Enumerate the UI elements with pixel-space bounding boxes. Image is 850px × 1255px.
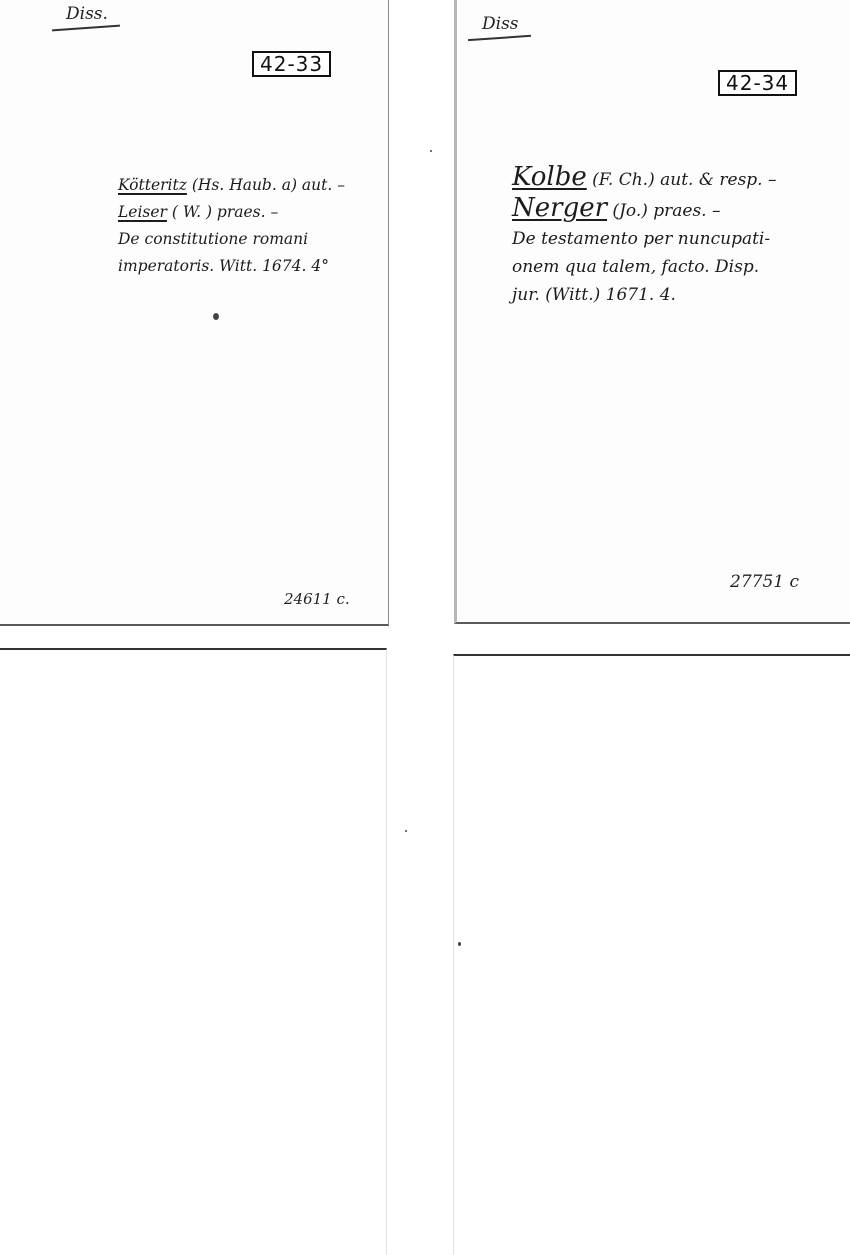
entry-line-title-2: onem qua talem, facto. Disp. [512, 253, 776, 281]
scan-speck [213, 313, 219, 320]
scan-speck [430, 150, 432, 152]
catalog-entry: Kötteritz (Hs. Haub. a) aut. – Leiser ( … [118, 172, 345, 280]
entry-line-praeses: Nerger (Jo.) praes. – [512, 194, 776, 225]
call-number-box: 42-33 [252, 51, 331, 77]
catalog-entry: Kolbe (F. Ch.) aut. & resp. – Nerger (Jo… [512, 163, 776, 309]
entry-line-author: Kolbe (F. Ch.) aut. & resp. – [512, 163, 776, 194]
subject-label: Diss. [66, 4, 108, 24]
blank-card [0, 648, 387, 1255]
entry-line-praeses: Leiser ( W. ) praes. – [118, 199, 345, 226]
entry-line-author: Kötteritz (Hs. Haub. a) aut. – [118, 172, 345, 199]
scan-speck [405, 830, 407, 832]
call-number-box: 42-34 [718, 70, 797, 96]
accession-number: 24611 c. [284, 590, 350, 608]
entry-line-title-1: De testamento per nuncupati- [512, 225, 776, 253]
subject-label: Diss [482, 14, 519, 34]
entry-line-title: De constitutione romani [118, 226, 345, 253]
catalog-card-42-33 [0, 0, 389, 626]
accession-number: 27751 c [730, 572, 799, 592]
entry-line-imprint: jur. (Witt.) 1671. 4. [512, 281, 776, 309]
blank-card [453, 654, 850, 1255]
scan-speck [458, 942, 461, 946]
entry-line-imprint: imperatoris. Witt. 1674. 4° [118, 253, 345, 280]
